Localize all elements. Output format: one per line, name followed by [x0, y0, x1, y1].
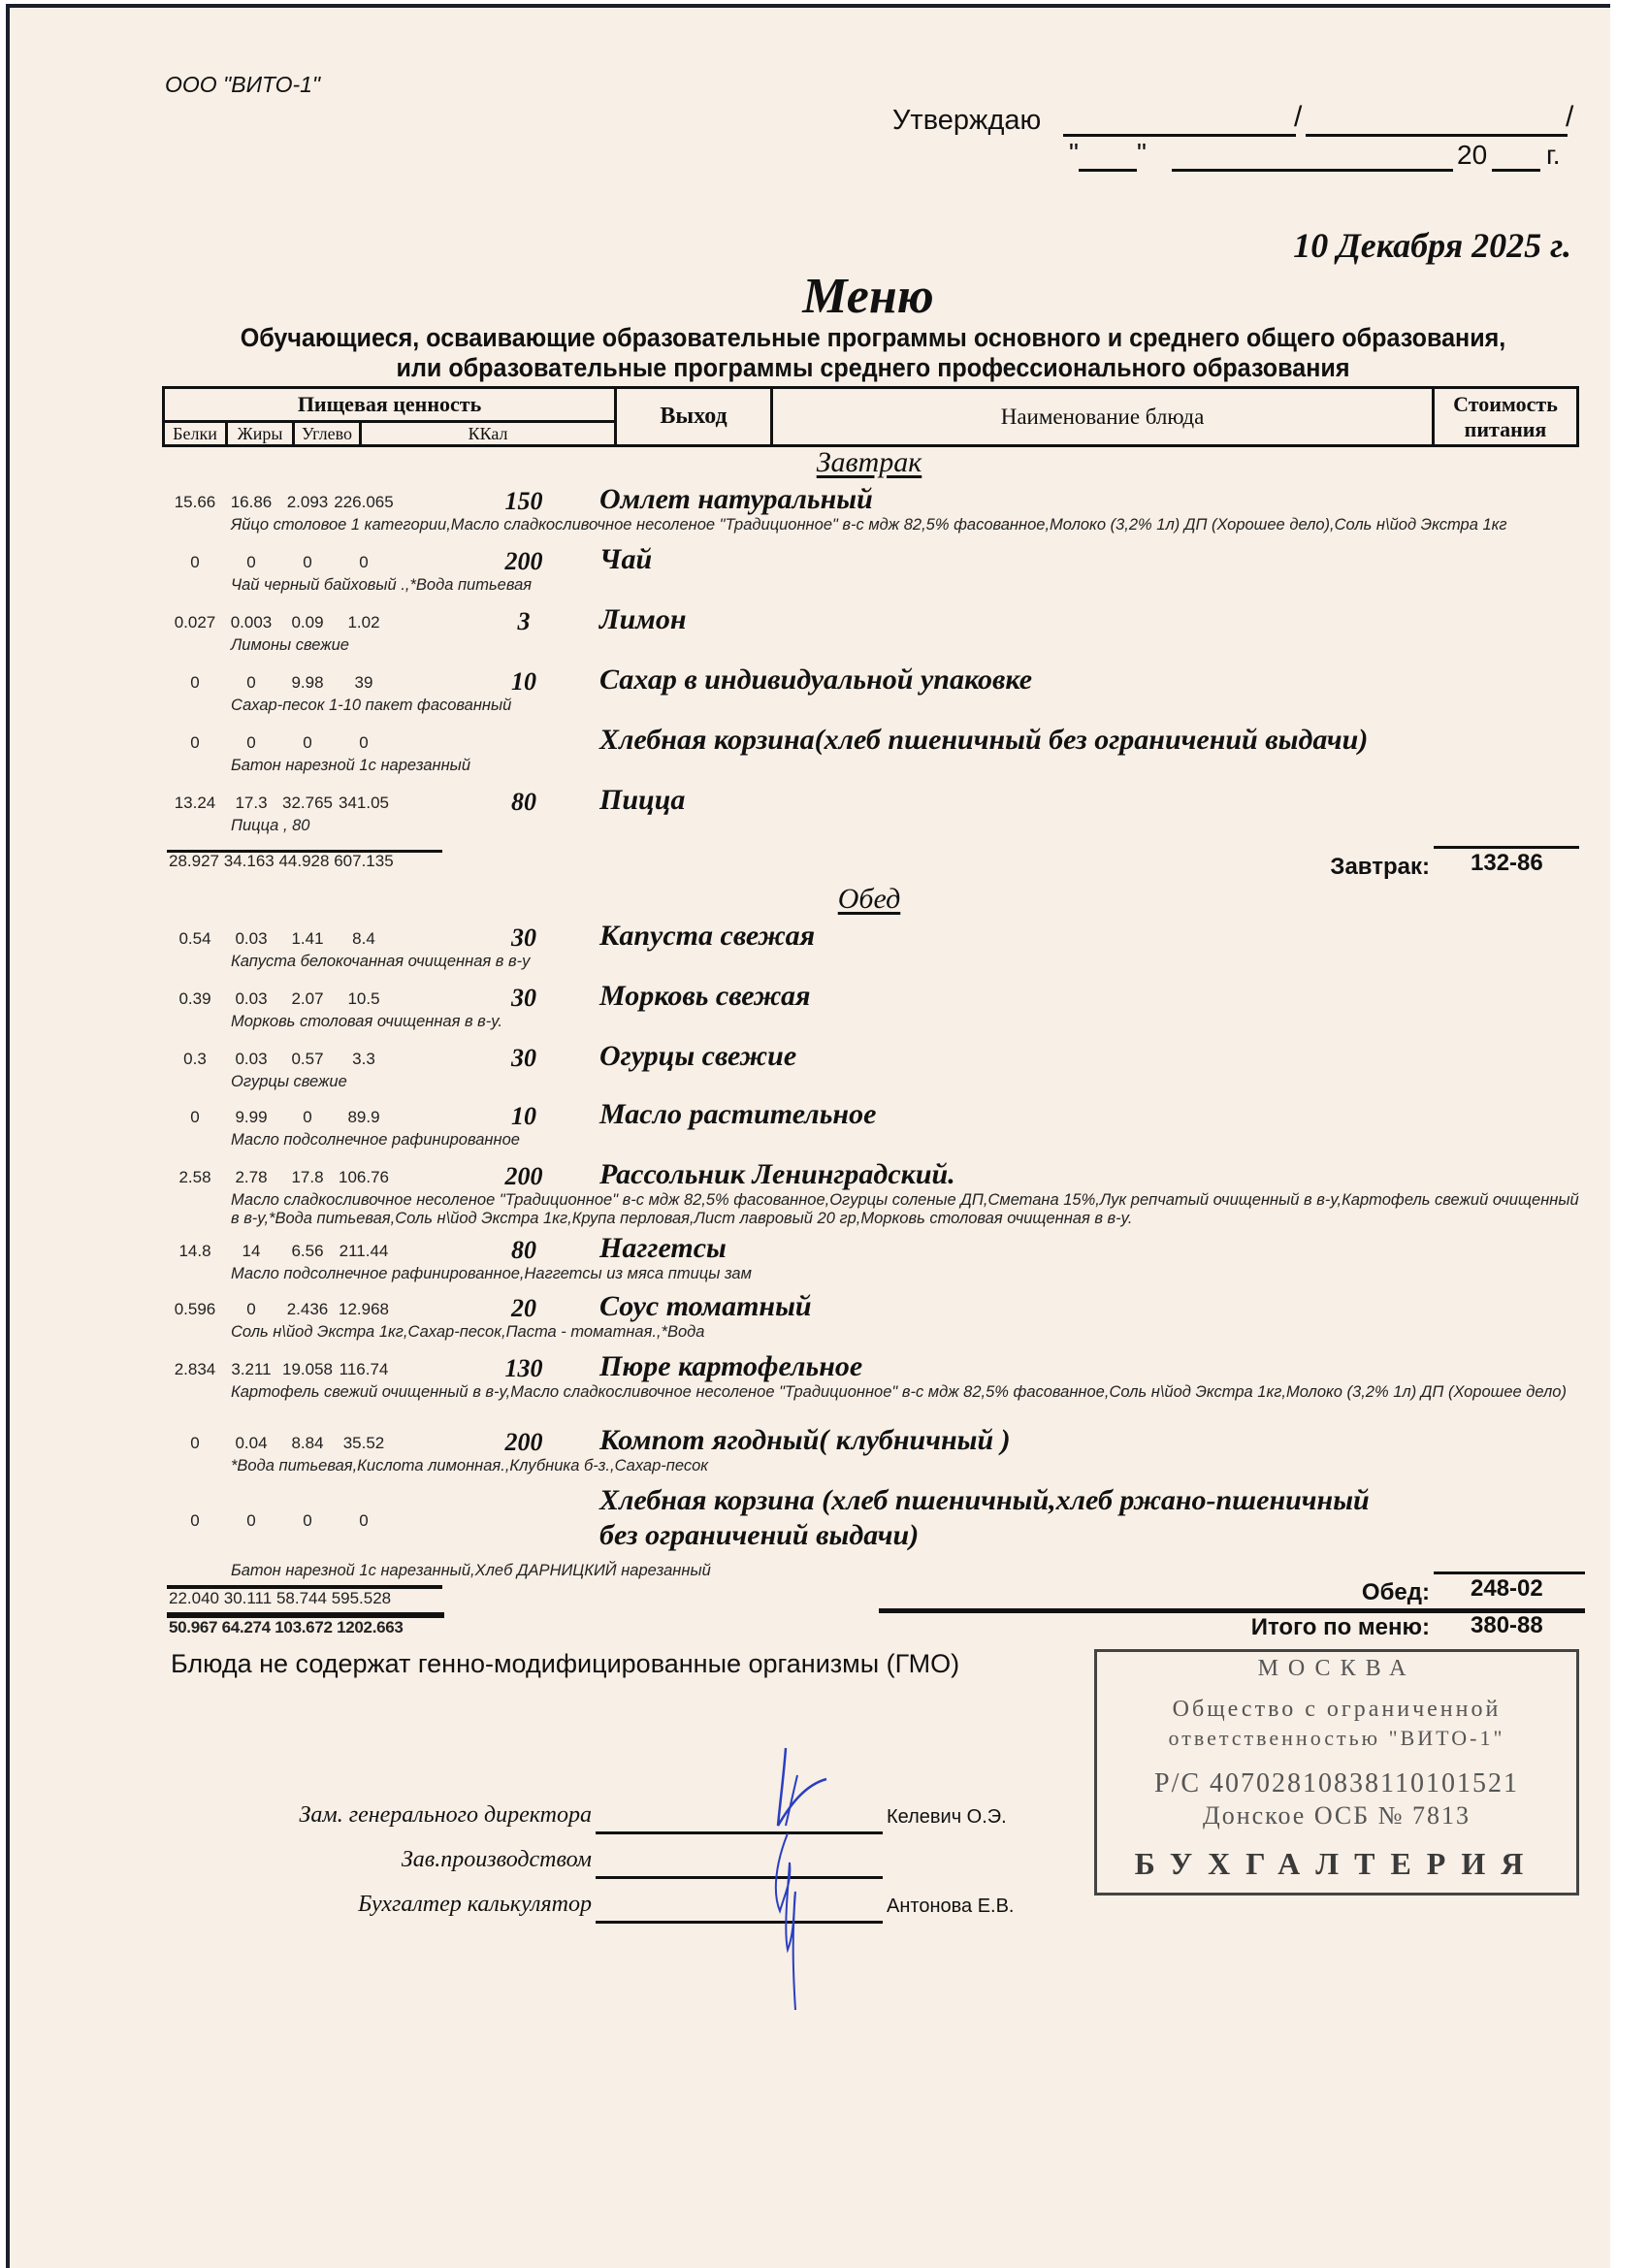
dish-ingredients: Батон нарезной 1с нарезанный,Хлеб ДАРНИЦ…: [231, 1562, 1589, 1580]
grand-carbs: 103.672: [275, 1618, 332, 1636]
dish-yield: 30: [466, 923, 582, 953]
section-nutrition-totals: 28.927 34.163 44.928 607.135: [169, 852, 394, 871]
date-year-line: [1492, 169, 1540, 172]
dish-ingredients: *Вода питьевая,Кислота лимонная.,Клубник…: [231, 1457, 1589, 1475]
dish-yield: 150: [466, 487, 582, 516]
cost-header: Стоимость питания: [1434, 388, 1578, 446]
carbs-header: Углево: [294, 422, 361, 446]
grand-protein: 50.967: [169, 1618, 217, 1636]
nutrition-kcal: 0: [330, 553, 398, 572]
stamp-department: БУХГАЛТЕРИЯ: [1097, 1846, 1576, 1882]
dish-name: Соус томатный: [599, 1290, 812, 1323]
total-protein: 28.927: [169, 852, 219, 870]
approval-label: Утверждаю: [892, 105, 1041, 137]
signature-title-accountant: Бухгалтер калькулятор: [262, 1892, 592, 1918]
total-kcal: 595.528: [332, 1589, 391, 1607]
section-cost: 132-86: [1471, 850, 1543, 877]
dish-name: Хлебная корзина (хлеб пшеничный,хлеб ржа…: [599, 1484, 1370, 1517]
dish-name: Пицца: [599, 784, 685, 817]
yield-header: Выход: [616, 388, 772, 446]
dish-yield: 30: [466, 1044, 582, 1073]
dish-name-header: Наименование блюда: [772, 388, 1434, 446]
section-cost-label: Завтрак:: [1164, 854, 1430, 881]
page-title: Меню: [0, 268, 1649, 325]
dish-name: Масло растительное: [599, 1098, 876, 1131]
dish-yield: 10: [466, 667, 582, 697]
approval-signature-line: [1063, 134, 1296, 137]
dish-yield: 200: [466, 547, 582, 576]
section-title: Завтрак: [0, 446, 1649, 479]
nutrition-kcal: 211.44: [330, 1242, 398, 1261]
total-kcal: 607.135: [334, 852, 393, 870]
protein-header: Белки: [164, 422, 227, 446]
date-year-suffix: г.: [1546, 140, 1561, 171]
nutrition-kcal: 341.05: [330, 794, 398, 813]
date-day-line: [1079, 169, 1137, 172]
dish-ingredients: Масло подсолнечное рафинированное,Наггет…: [231, 1265, 1589, 1283]
dish-ingredients: Сахар-песок 1-10 пакет фасованный: [231, 697, 1589, 715]
dish-name: Омлет натуральный: [599, 483, 873, 516]
dish-name: Капуста свежая: [599, 920, 815, 953]
section-title: Обед: [0, 883, 1649, 916]
nutrition-kcal: 1.02: [330, 613, 398, 632]
dish-name-line2: без ограничений выдачи): [599, 1519, 919, 1552]
dish-ingredients: Батон нарезной 1с нарезанный: [231, 757, 1589, 775]
dish-yield: 200: [466, 1162, 582, 1191]
dish-yield: 80: [466, 788, 582, 817]
dish-ingredients: Чай черный байховый .,*Вода питьевая: [231, 576, 1589, 595]
stamp-account: Р/С 40702810838110101521: [1097, 1768, 1576, 1799]
dish-name: Чай: [599, 543, 652, 576]
total-fat: 34.163: [224, 852, 275, 870]
nutrition-kcal: 39: [330, 673, 398, 693]
nutrition-kcal: 35.52: [330, 1434, 398, 1453]
dish-name: Компот ягодный( клубничный ): [599, 1424, 1011, 1457]
company-stamp: МОСКВА Общество с ограниченной ответстве…: [1094, 1649, 1579, 1895]
stamp-city: МОСКВА: [1097, 1656, 1576, 1682]
nutrition-kcal: 116.74: [330, 1360, 398, 1379]
dish-ingredients: Масло подсолнечное рафинированное: [231, 1131, 1589, 1150]
stamp-bank: Донское ОСБ № 7813: [1097, 1801, 1576, 1831]
dish-ingredients: Яйцо столовое 1 категории,Масло сладкосл…: [231, 516, 1589, 535]
handwritten-signature-icon: [737, 1746, 854, 2018]
grand-nutrition-totals: 50.967 64.274 103.672 1202.663: [169, 1618, 404, 1637]
section-nutrition-totals: 22.040 30.111 58.744 595.528: [169, 1589, 391, 1608]
dish-name: Наггетсы: [599, 1232, 727, 1265]
section-cost-rule: [1434, 846, 1579, 849]
menu-date: 10 Декабря 2025 г.: [1164, 225, 1571, 266]
dish-ingredients: Морковь столовая очищенная в в-у.: [231, 1013, 1589, 1031]
nutrition-kcal: 10.5: [330, 989, 398, 1009]
signature-title-deputy-director: Зам. генерального директора: [262, 1802, 592, 1829]
grand-fat: 64.274: [222, 1618, 271, 1636]
dish-name: Морковь свежая: [599, 980, 810, 1013]
total-protein: 22.040: [169, 1589, 219, 1607]
nutrition-kcal: 106.76: [330, 1168, 398, 1187]
page-subtitle: Обучающиеся, осваивающие образовательные…: [214, 323, 1532, 383]
dish-yield: 20: [466, 1294, 582, 1323]
dish-yield: 3: [466, 607, 582, 636]
dish-yield: 10: [466, 1102, 582, 1131]
dish-name: Рассольник Ленинградский.: [599, 1158, 955, 1191]
total-carbs: 58.744: [276, 1589, 327, 1607]
dish-name: Хлебная корзина(хлеб пшеничный без огран…: [599, 724, 1368, 757]
signatory-accountant: Антонова Е.В.: [887, 1895, 1014, 1918]
approval-slash-1: /: [1294, 101, 1302, 134]
nutrition-kcal: 0: [330, 733, 398, 753]
dish-ingredients: Лимоны свежие: [231, 636, 1589, 655]
dish-ingredients: Соль н\йод Экстра 1кг,Сахар-песок,Паста …: [231, 1323, 1589, 1342]
signatory-deputy-director: Келевич О.Э.: [887, 1806, 1007, 1829]
grand-total-cost: 380-88: [1471, 1612, 1543, 1639]
dish-name: Сахар в индивидуальной упаковке: [599, 664, 1032, 697]
fat-header: Жиры: [227, 422, 294, 446]
dish-yield: 200: [466, 1428, 582, 1457]
dish-name: Лимон: [599, 603, 686, 636]
nutrition-kcal: 8.4: [330, 929, 398, 949]
nutrition-kcal: 3.3: [330, 1050, 398, 1069]
dish-yield: 130: [466, 1354, 582, 1383]
nutrition-kcal: 89.9: [330, 1108, 398, 1127]
date-close-quote: ": [1137, 138, 1147, 169]
grand-total-label: Итого по меню:: [1067, 1614, 1430, 1641]
dish-ingredients: Капуста белокочанная очищенная в в-у: [231, 953, 1589, 971]
lunch-cost: 248-02: [1471, 1575, 1543, 1603]
dish-ingredients: Картофель свежий очищенный в в-у,Масло с…: [231, 1383, 1589, 1402]
nutrition-header: Пищевая ценность: [164, 388, 616, 422]
nutrition-kcal: 226.065: [330, 493, 398, 512]
dish-ingredients: Огурцы свежие: [231, 1073, 1589, 1091]
total-fat: 30.111: [224, 1589, 272, 1607]
stamp-line1: Общество с ограниченной: [1097, 1697, 1576, 1723]
approval-slash-2: /: [1566, 101, 1573, 134]
kcal-header: ККал: [361, 422, 616, 446]
organization-name: ООО "ВИТО-1": [165, 72, 320, 98]
dish-name: Огурцы свежие: [599, 1040, 796, 1073]
date-month-line: [1172, 169, 1453, 172]
total-carbs: 44.928: [278, 852, 329, 870]
stamp-line2: ответственностью "ВИТО-1": [1097, 1726, 1576, 1751]
approval-name-line: [1306, 134, 1568, 137]
lunch-cost-label: Обед:: [1164, 1579, 1430, 1606]
dish-yield: 30: [466, 984, 582, 1013]
signature-title-production-head: Зав.производством: [262, 1847, 592, 1873]
gmo-note: Блюда не содержат генно-модифицированные…: [171, 1649, 959, 1679]
menu-table-header: Пищевая ценность Выход Наименование блюд…: [162, 386, 1579, 447]
lunch-totals-rule: [167, 1585, 442, 1589]
date-year-prefix: 20: [1457, 140, 1487, 171]
dish-name: Пюре картофельное: [599, 1350, 862, 1383]
grand-kcal: 1202.663: [337, 1618, 404, 1636]
date-open-quote: ": [1069, 138, 1079, 169]
nutrition-kcal: 12.968: [330, 1300, 398, 1319]
lunch-cost-rule: [1434, 1571, 1585, 1574]
dish-yield: 80: [466, 1236, 582, 1265]
dish-ingredients: Масло сладкосливочное несоленое "Традици…: [231, 1191, 1589, 1228]
dish-ingredients: Пицца , 80: [231, 817, 1589, 835]
nutrition-kcal: 0: [330, 1511, 398, 1531]
